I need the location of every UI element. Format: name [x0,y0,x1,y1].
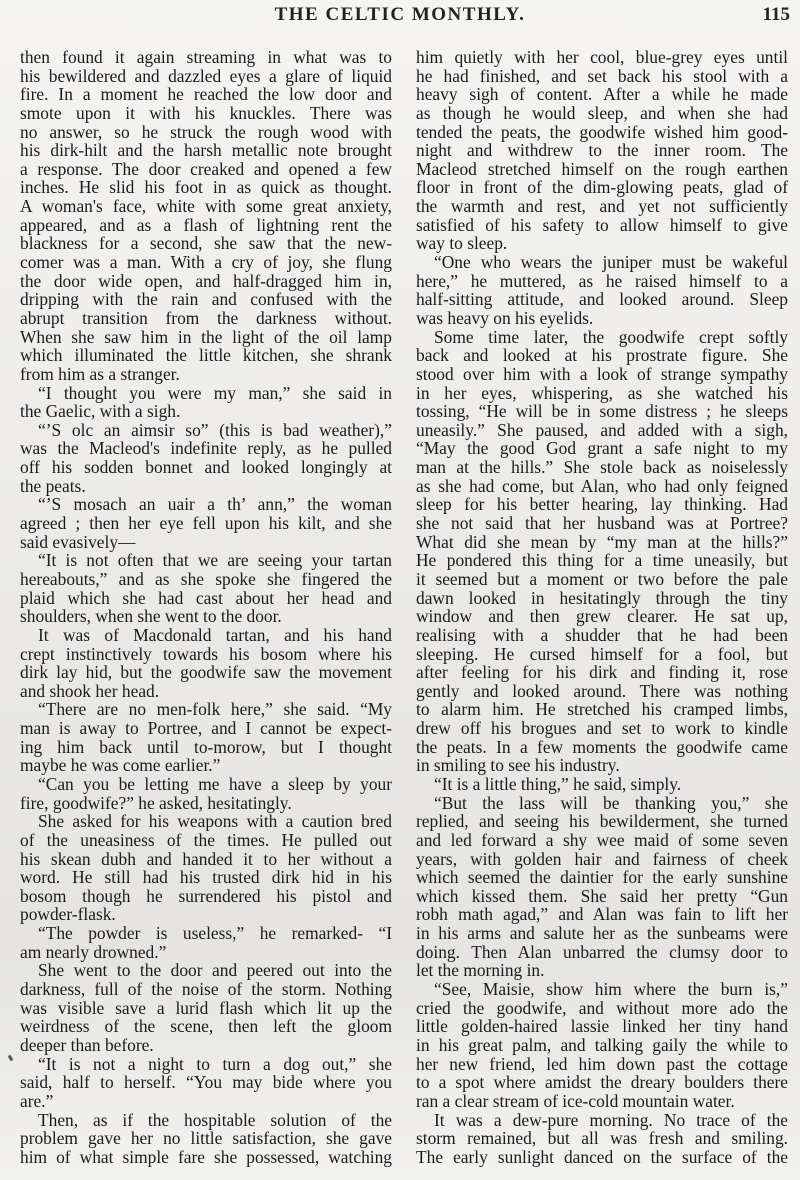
text-line: said, half to herself. “You may bide whe… [20,1073,392,1092]
text-line: dawn looked in hesitatingly through the … [416,589,788,608]
text-line: am nearly drowned.” [20,943,392,962]
text-line: then found it again streaming in what wa… [20,48,392,67]
text-line: satisfied of his safety to allow himself… [416,216,788,235]
text-line: back and looked at his prostrate figure.… [416,346,788,365]
text-line: replied, and seeing his bewilderment, sh… [416,812,788,831]
text-line: of the uneasiness of the times. He pulle… [20,831,392,850]
text-line: hereabouts,” and as she spoke she finger… [20,570,392,589]
text-line: from him as a stranger. [20,365,392,384]
ink-speck [8,1055,14,1062]
text-line: dirk lay hid, but the goodwife saw the m… [20,663,392,682]
text-line: man is away to Portree, and I cannot be … [20,719,392,738]
text-line: maybe he was come earlier.” [20,756,392,775]
text-line: no answer, so he struck the rough wood w… [20,123,392,142]
text-line: said evasively— [20,533,392,552]
text-line: It was a dew-pure morning. No trace of t… [416,1111,788,1130]
text-line: “The powder is useless,” he remarked- “I [20,924,392,943]
right-text-column: him quietly with her cool, blue-grey eye… [416,48,788,1166]
text-line: let the morning in. [416,961,788,980]
text-line: abrupt transition from the darkness with… [20,309,392,328]
text-line: “See, Maisie, show him where the burn is… [416,980,788,999]
text-line: ran a clear stream of ice-cold mountain … [416,1092,788,1111]
text-line: cried the goodwife, and without more ado… [416,999,788,1018]
text-line: “It is a little thing,” he said, simply. [416,775,788,794]
text-line: doing. Then Alan unbarred the clumsy doo… [416,943,788,962]
text-line: “Can you be letting me have a sleep by y… [20,775,392,794]
journal-title: THE CELTIC MONTHLY. [0,4,800,26]
text-line: as though he would sleep, and when she h… [416,104,788,123]
text-line: in his great palm, and talking gaily the… [416,1036,788,1055]
text-line: appeared, and as a flash of lightning re… [20,216,392,235]
text-line: him of what simple fare she possessed, w… [20,1148,392,1167]
text-line: problem gave her no little satisfaction,… [20,1129,392,1148]
text-line: ing him back until to-morow, but I thoug… [20,738,392,757]
text-line: He pondered this thing for a time uneasi… [416,551,788,570]
text-line: blackness for a second, she saw that the… [20,234,392,253]
text-line: to a spot where amidst the dreary boulde… [416,1073,788,1092]
text-line: the door wide open, and half-dragged him… [20,272,392,291]
text-line: in his arms and salute her as the sunbea… [416,924,788,943]
text-line: to alarm him. He stretched his cramped l… [416,700,788,719]
text-line: off his sodden bonnet and looked longing… [20,458,392,477]
text-line: “One who wears the juniper must be wakef… [416,253,788,272]
text-line: gently and looked around. There was noth… [416,682,788,701]
text-line: years, with golden hair and fairness of … [416,850,788,869]
text-line: When she saw him in the light of the oil… [20,328,392,347]
text-line: darkness, full of the noise of the storm… [20,980,392,999]
text-line: “But the lass will be thanking you,” she [416,794,788,813]
text-line: floor in front of the dim-glowing peats,… [416,178,788,197]
text-line: window and then grew clearer. He sat up, [416,607,788,626]
text-line: inches. He slid his foot in as quick as … [20,178,392,197]
text-line: here,” he muttered, as he raised himself… [416,272,788,291]
text-line: “’S mosach an uair a th’ ann,” the woman [20,495,392,514]
text-line: sleep for his better hearing, lay thinki… [416,495,788,514]
text-line: it seemed but a moment or two before the… [416,570,788,589]
text-line: agreed ; then her eye fell upon his kilt… [20,514,392,533]
text-line: dripping with the rain and confused with… [20,290,392,309]
text-line: What did she mean by “my man at the hill… [416,533,788,552]
text-line: are.” [20,1092,392,1111]
text-line: realising with a shudder that he had bee… [416,626,788,645]
text-line: which kissed them. She said her pretty “… [416,887,788,906]
text-line: a response. The door creaked and opened … [20,160,392,179]
text-line: powder-flask. [20,905,392,924]
text-line: was the Macleod's indefinite reply, as h… [20,439,392,458]
text-line: storm remained, but all was fresh and sm… [416,1129,788,1148]
text-line: comer was a man. With a cry of joy, she … [20,253,392,272]
text-line: bosom though he surrendered his pistol a… [20,887,392,906]
text-line: fire, goodwife?” he asked, hesitatingly. [20,794,392,813]
text-line: which illuminated the little kitchen, sh… [20,346,392,365]
text-line: and shook her head. [20,682,392,701]
text-line: Macleod stretched himself on the rough e… [416,160,788,179]
text-line: night and withdrew to the inner room. Th… [416,141,788,160]
text-line: after feeling for his dirk and finding i… [416,663,788,682]
text-line: robh math agad,” and Alan was fain to li… [416,905,788,924]
text-line: “There are no men-folk here,” she said. … [20,700,392,719]
text-line: man at the hills.” She stole back as noi… [416,458,788,477]
text-line: he had finished, and set back his stool … [416,67,788,86]
text-line: the warmth and rest, and yet not suffici… [416,197,788,216]
text-line: way to sleep. [416,234,788,253]
text-line: She went to the door and peered out into… [20,961,392,980]
text-line: in her eyes, whispering, as she watched … [416,384,788,403]
text-line: drew off his brogues and set to work to … [416,719,788,738]
text-line: “It is not a night to turn a dog out,” s… [20,1055,392,1074]
text-line: crept instinctively towards his bosom wh… [20,645,392,664]
text-line: the peats. [20,477,392,496]
text-line: “It is not often that we are seeing your… [20,551,392,570]
text-line: “May the good God grant a safe night to … [416,439,788,458]
text-line: him quietly with her cool, blue-grey eye… [416,48,788,67]
page-number: 115 [763,4,790,26]
text-line: “I thought you were my man,” she said in [20,384,392,403]
text-line: stood over him with a look of strange sy… [416,365,788,384]
text-line: little golden-haired lassie linked her t… [416,1017,788,1036]
text-line: and led forward a shy wee maid of some s… [416,831,788,850]
text-line: fire. In a moment he reached the low doo… [20,85,392,104]
text-line: It was of Macdonald tartan, and his hand [20,626,392,645]
text-line: word. He still had his trusted dirk hid … [20,868,392,887]
text-line: which seemed the daintier for the early … [416,868,788,887]
text-line: sleeping. He cursed himself for a fool, … [416,645,788,664]
text-line: deeper than before. [20,1036,392,1055]
text-line: She asked for his weapons with a caution… [20,812,392,831]
text-line: shoulders, when she went to the door. [20,607,392,626]
text-line: the peats. In a few moments the goodwife… [416,738,788,757]
text-line: tended the peats, the goodwife wished hi… [416,123,788,142]
text-line: Then, as if the hospitable solution of t… [20,1111,392,1130]
text-line: she not said that her husband was at Por… [416,514,788,533]
text-line: uneasily.” She paused, and added with a … [416,421,788,440]
text-line: smote upon it with his knuckles. There w… [20,104,392,123]
text-line: was heavy on his eyelids. [416,309,788,328]
text-line: the Gaelic, with a sigh. [20,402,392,421]
text-line: in smiling to see his industry. [416,756,788,775]
text-line: The early sunlight danced on the surface… [416,1148,788,1167]
text-line: Some time later, the goodwife crept soft… [416,328,788,347]
text-line: his dirk-hilt and the harsh metallic not… [20,141,392,160]
text-line: weirdness of the scene, then left the gl… [20,1017,392,1036]
text-line: his bewildered and dazzled eyes a glare … [20,67,392,86]
text-line: “’S olc an aimsir so” (this is bad weath… [20,421,392,440]
left-text-column: then found it again streaming in what wa… [20,48,392,1166]
text-line: tossing, “He will be in some distress ; … [416,402,788,421]
running-header: THE CELTIC MONTHLY. 115 [0,4,800,28]
text-line: heavy sigh of content. After a while he … [416,85,788,104]
text-line: was visible save a lurid flash which lit… [20,999,392,1018]
text-line: plaid which she had cast about her head … [20,589,392,608]
text-line: A woman's face, white with some great an… [20,197,392,216]
text-line: as she had come, but Alan, who had only … [416,477,788,496]
text-line: her new friend, led him down past the co… [416,1055,788,1074]
text-line: his skean dubh and handed it to her with… [20,850,392,869]
text-line: half-sitting attitude, and looked around… [416,290,788,309]
